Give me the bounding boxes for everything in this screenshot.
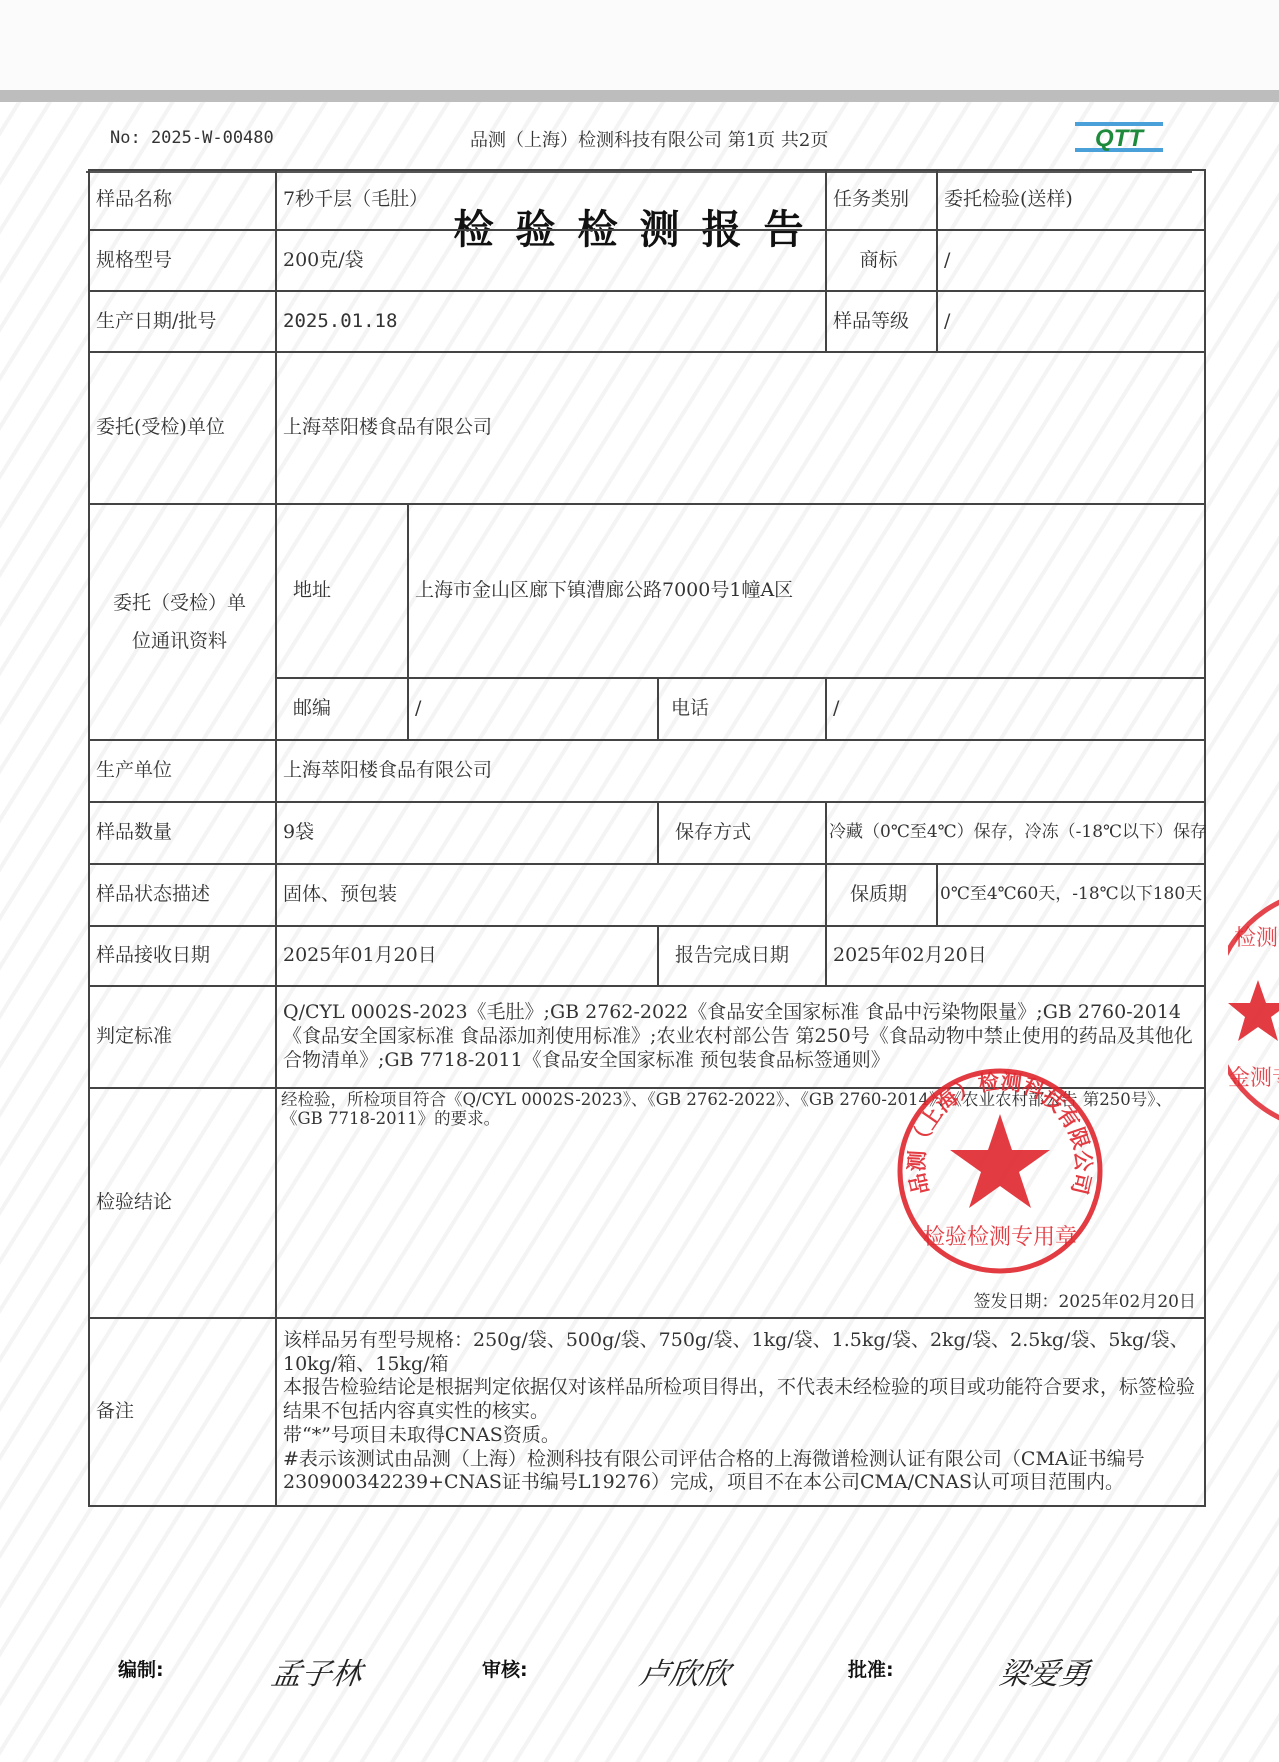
value-phone: / <box>826 678 1205 740</box>
previous-page-strip <box>0 0 1279 90</box>
value-sample-quantity: 9袋 <box>276 802 658 864</box>
value-trademark: / <box>937 230 1205 291</box>
label-client-contact-line2: 位通讯资料 <box>132 630 227 652</box>
label-receive-date: 样品接收日期 <box>89 926 276 986</box>
label-address: 地址 <box>276 504 408 678</box>
value-standard: Q/CYL 0002S-2023《毛肚》;GB 2762-2022《食品安全国家… <box>276 986 1205 1088</box>
value-client: 上海萃阳楼食品有限公司 <box>276 352 1205 504</box>
value-storage: 冷藏（0℃至4℃）保存，冷冻（-18℃以下）保存 <box>826 802 1205 864</box>
label-trademark: 商标 <box>826 230 937 291</box>
value-receive-date: 2025年01月20日 <box>276 926 658 986</box>
qtt-logo-icon: QTT <box>1075 122 1165 152</box>
company-page-info: 品测（上海）检测科技有限公司 第1页 共2页 <box>470 126 828 152</box>
label-production-date: 生产日期/批号 <box>89 291 276 352</box>
value-shelf-life: 0℃至4℃60天，-18℃以下180天 <box>937 864 1205 926</box>
value-report-date: 2025年02月20日 <box>826 926 1205 986</box>
row-client: 委托(受检)单位 上海萃阳楼食品有限公司 <box>89 352 1205 504</box>
label-postcode: 邮编 <box>276 678 408 740</box>
value-sample-state: 固体、预包装 <box>276 864 826 926</box>
conclusion-cell: 经检验，所检项目符合《Q/CYL 0002S-2023》、《GB 2762-20… <box>276 1088 1205 1318</box>
label-task-type: 任务类别 <box>826 170 937 230</box>
prepared-by-signature: 孟子林 <box>269 1649 365 1693</box>
remark-line: 本报告检验结论是根据判定依据仅对该样品所检项目得出，不代表未经检验的项目或功能符… <box>283 1376 1198 1424</box>
label-client: 委托(受检)单位 <box>89 352 276 504</box>
value-manufacturer: 上海萃阳楼食品有限公司 <box>276 740 1205 802</box>
row-standard: 判定标准 Q/CYL 0002S-2023《毛肚》;GB 2762-2022《食… <box>89 986 1205 1088</box>
report-table: 样品名称 7秒千层（毛肚） 任务类别 委托检验(送样) 规格型号 200克/袋 … <box>88 169 1206 1507</box>
row-client-address: 委托（受检）单 位通讯资料 地址 上海市金山区廊下镇漕廊公路7000号1幢A区 <box>89 504 1205 678</box>
row-remarks: 备注 该样品另有型号规格：250g/袋、500g/袋、750g/袋、1kg/袋、… <box>89 1318 1205 1506</box>
remark-line: 带“*”号项目未取得CNAS资质。 <box>283 1424 1198 1448</box>
value-sample-grade: / <box>937 291 1205 352</box>
label-report-date: 报告完成日期 <box>658 926 826 986</box>
reviewed-by-signature: 卢欣欣 <box>637 1649 733 1693</box>
row-state-shelflife: 样品状态描述 固体、预包装 保质期 0℃至4℃60天，-18℃以下180天 <box>89 864 1205 926</box>
approved-by-label: 批准: <box>848 1655 894 1682</box>
row-quantity-storage: 样品数量 9袋 保存方式 冷藏（0℃至4℃）保存，冷冻（-18℃以下）保存 <box>89 802 1205 864</box>
label-remarks: 备注 <box>89 1318 276 1506</box>
value-postcode: / <box>408 678 658 740</box>
label-conclusion: 检验结论 <box>89 1088 276 1318</box>
value-sample-name: 7秒千层（毛肚） <box>276 170 826 230</box>
label-sample-state: 样品状态描述 <box>89 864 276 926</box>
label-storage: 保存方式 <box>658 802 826 864</box>
label-client-contact-line1: 委托（受检）单 <box>113 592 246 614</box>
label-shelf-life: 保质期 <box>826 864 937 926</box>
approved-by-signature: 梁爱勇 <box>997 1649 1093 1693</box>
reviewed-by-label: 审核: <box>482 1655 528 1682</box>
value-task-type: 委托检验(送样) <box>937 170 1205 230</box>
label-sample-name: 样品名称 <box>89 170 276 230</box>
remark-line: #表示该测试由品测（上海）检测科技有限公司评估合格的上海微谱检测认证有限公司（C… <box>283 1448 1198 1496</box>
row-sample-name: 样品名称 7秒千层（毛肚） 任务类别 委托检验(送样) <box>89 170 1205 230</box>
label-sample-grade: 样品等级 <box>826 291 937 352</box>
row-production-date: 生产日期/批号 2025.01.18 样品等级 / <box>89 291 1205 352</box>
value-spec-model: 200克/袋 <box>276 230 826 291</box>
label-spec-model: 规格型号 <box>89 230 276 291</box>
row-spec-model: 规格型号 200克/袋 商标 / <box>89 230 1205 291</box>
remark-line: 该样品另有型号规格：250g/袋、500g/袋、750g/袋、1kg/袋、1.5… <box>283 1329 1198 1377</box>
label-manufacturer: 生产单位 <box>89 740 276 802</box>
label-sample-quantity: 样品数量 <box>89 802 276 864</box>
label-phone: 电话 <box>658 678 826 740</box>
row-dates: 样品接收日期 2025年01月20日 报告完成日期 2025年02月20日 <box>89 926 1205 986</box>
prepared-by-label: 编制: <box>118 1655 164 1682</box>
issue-date: 签发日期：2025年02月20日 <box>973 1292 1196 1313</box>
value-address: 上海市金山区廊下镇漕廊公路7000号1幢A区 <box>408 504 1205 678</box>
value-production-date: 2025.01.18 <box>276 291 826 352</box>
label-client-contact: 委托（受检）单 位通讯资料 <box>89 504 276 740</box>
report-number: No: 2025-W-00480 <box>110 128 274 148</box>
value-conclusion: 经检验，所检项目符合《Q/CYL 0002S-2023》、《GB 2762-20… <box>281 1089 1200 1129</box>
row-conclusion: 检验结论 经检验，所检项目符合《Q/CYL 0002S-2023》、《GB 27… <box>89 1088 1205 1318</box>
page-separator-bar <box>0 90 1279 102</box>
value-remarks: 该样品另有型号规格：250g/袋、500g/袋、750g/袋、1kg/袋、1.5… <box>276 1318 1205 1506</box>
svg-text:QTT: QTT <box>1095 125 1145 152</box>
label-standard: 判定标准 <box>89 986 276 1088</box>
signature-row: 编制: 孟子林 审核: 卢欣欣 批准: 梁爱勇 <box>0 1643 1279 1703</box>
row-manufacturer: 生产单位 上海萃阳楼食品有限公司 <box>89 740 1205 802</box>
